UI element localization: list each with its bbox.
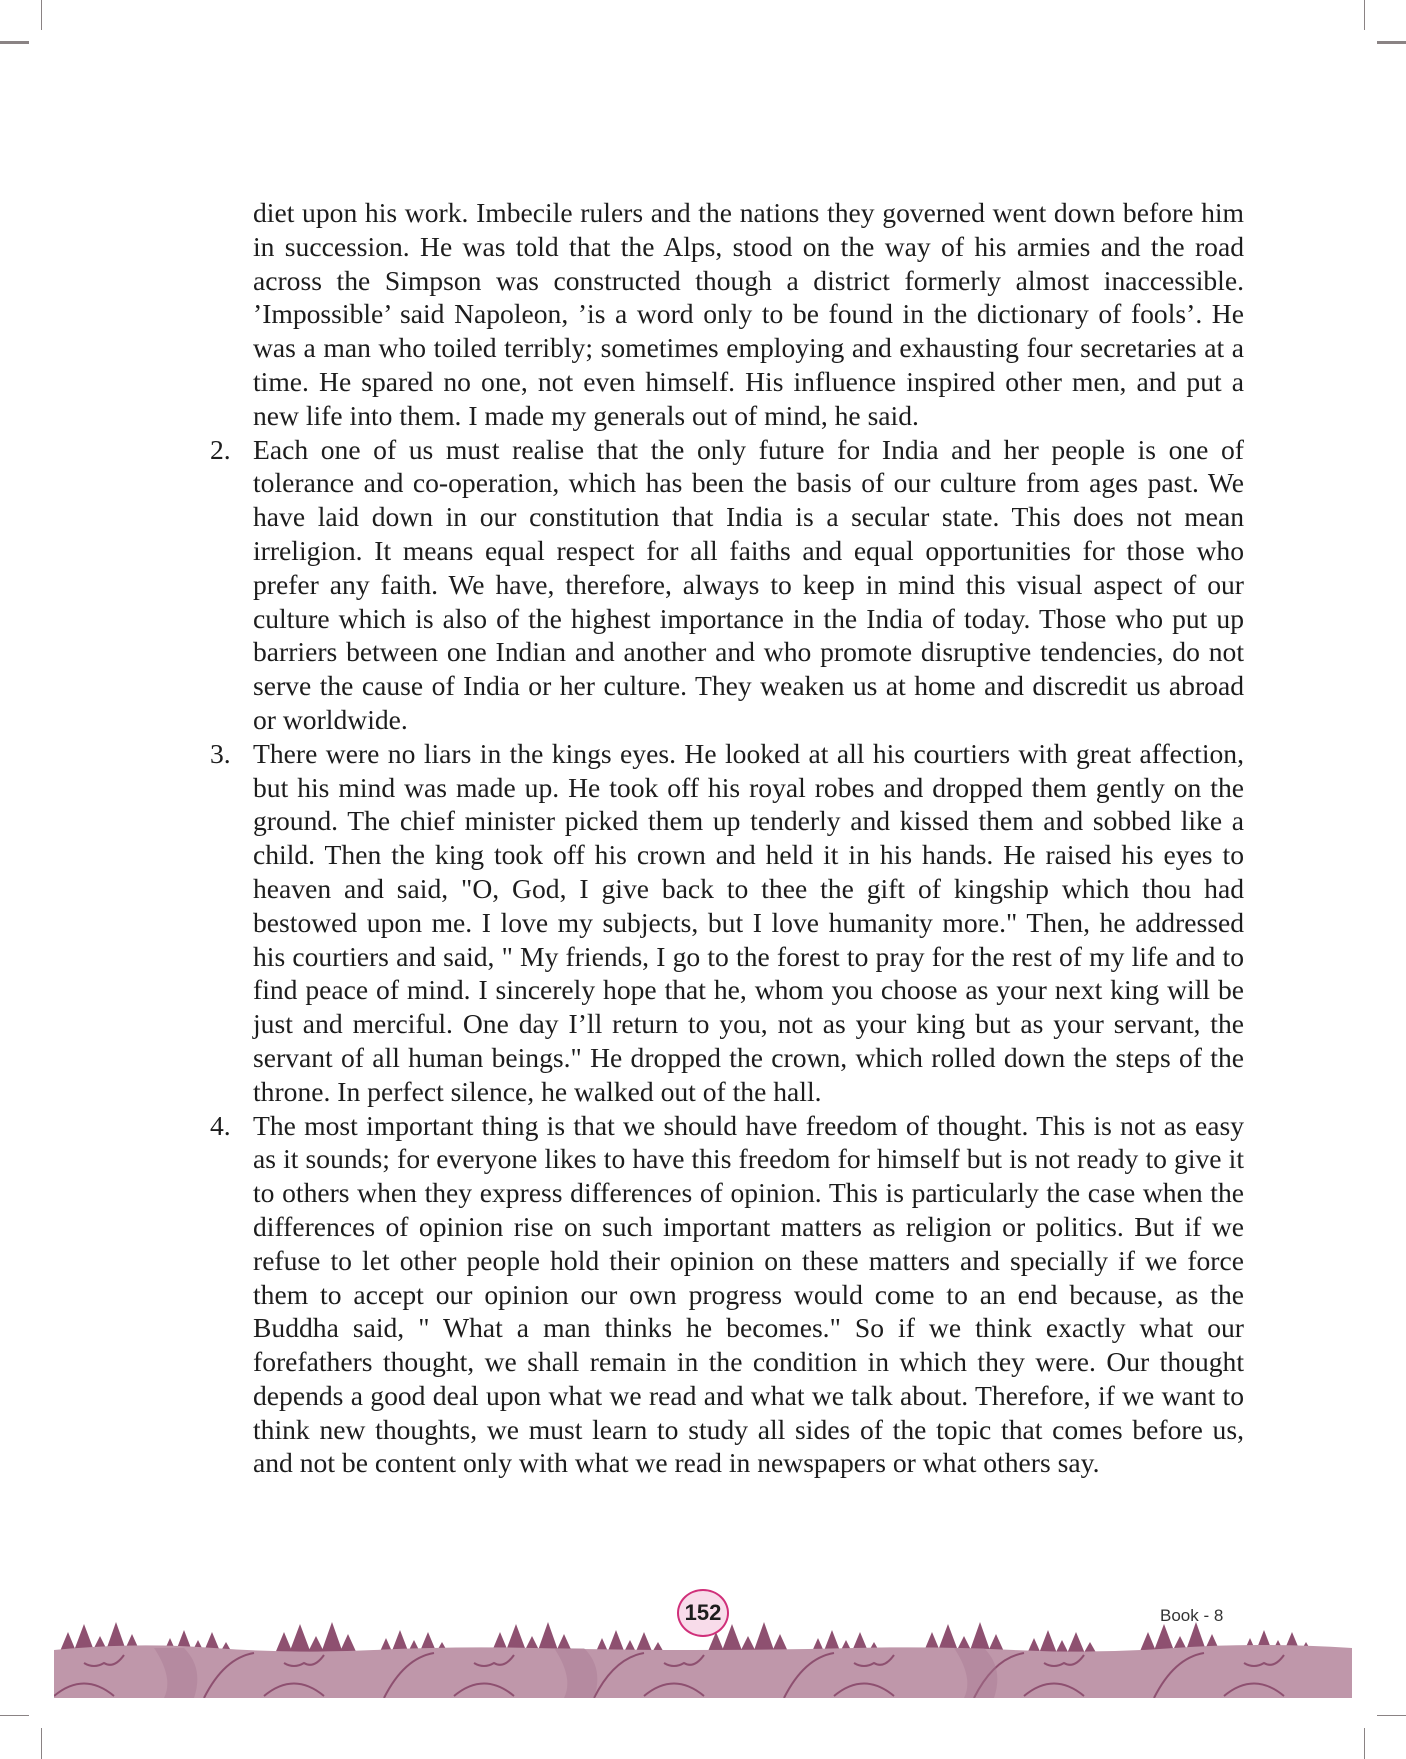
list-item: 4. The most important thing is that we s… — [200, 1109, 1244, 1481]
crop-mark — [41, 0, 42, 30]
item-number: 2. — [200, 433, 253, 737]
crop-mark — [1364, 0, 1365, 30]
crop-mark — [0, 1715, 29, 1716]
crop-mark — [0, 41, 29, 44]
crop-mark — [1377, 41, 1406, 44]
list-item: 2. Each one of us must realise that the … — [200, 433, 1244, 737]
crop-mark — [1364, 1728, 1365, 1759]
page-number-badge: 152 — [677, 1589, 729, 1637]
item-text: The most important thing is that we shou… — [253, 1109, 1244, 1481]
item-text: There were no liars in the kings eyes. H… — [253, 737, 1244, 1109]
crop-mark — [41, 1728, 42, 1759]
crop-mark — [1377, 1715, 1406, 1716]
intro-paragraph: diet upon his work. Imbecile rulers and … — [200, 196, 1244, 433]
list-item: 3. There were no liars in the kings eyes… — [200, 737, 1244, 1109]
item-number: 4. — [200, 1109, 253, 1481]
page-body: diet upon his work. Imbecile rulers and … — [200, 196, 1244, 1480]
item-text: Each one of us must realise that the onl… — [253, 433, 1244, 737]
item-number: 3. — [200, 737, 253, 1109]
